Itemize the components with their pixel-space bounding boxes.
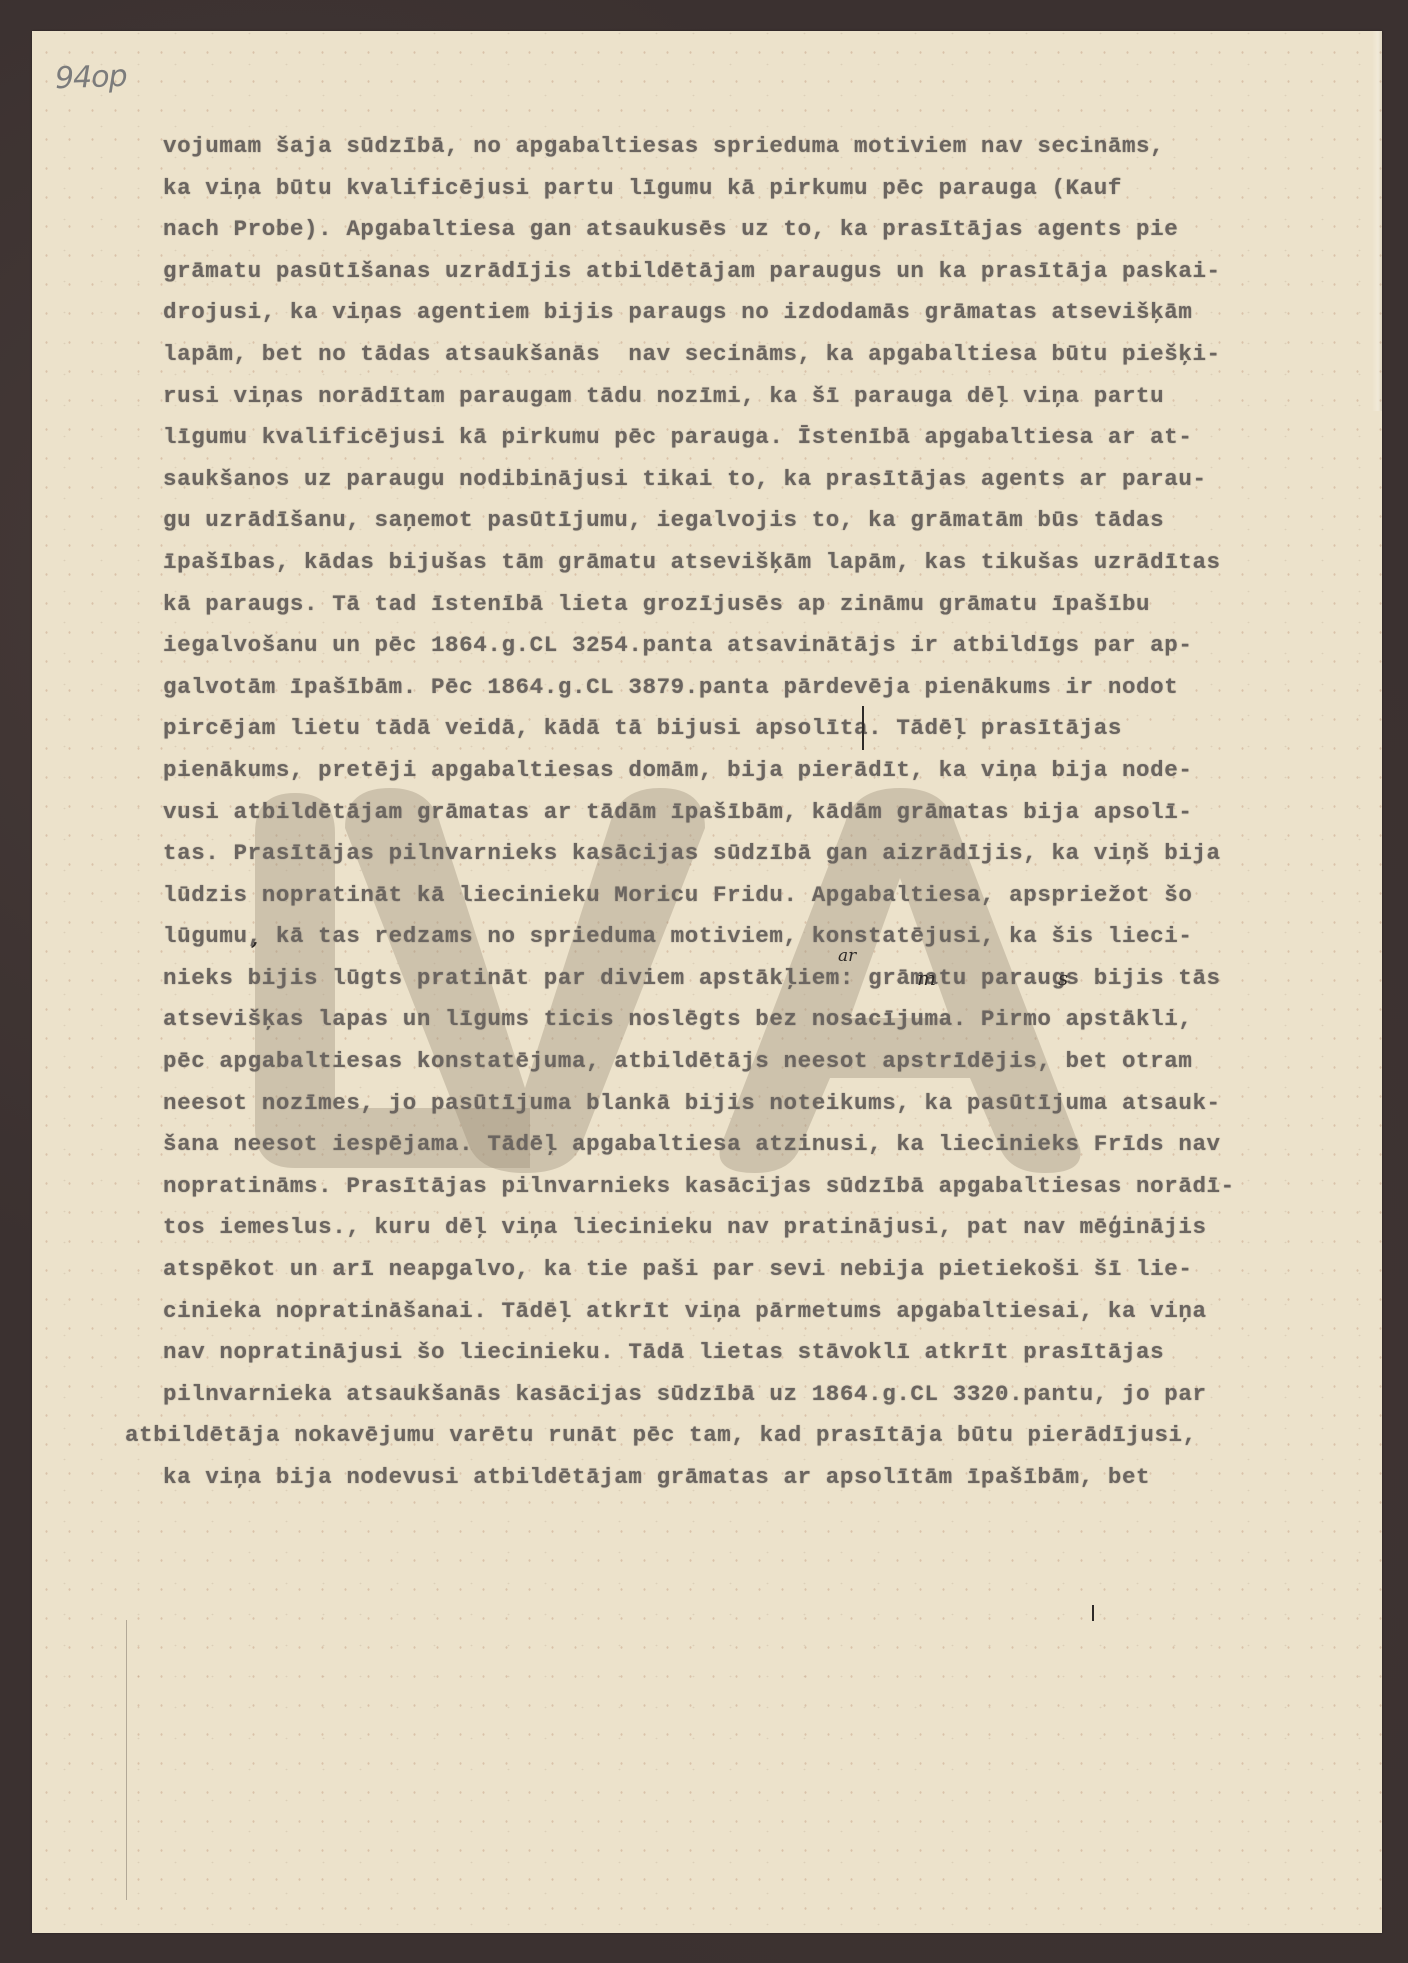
text-line: šana neesot iespējama. Tādēļ apgabalties… — [163, 1124, 1313, 1166]
text-line: nopratināms. Prasītājas pilnvarnieks kas… — [163, 1166, 1313, 1208]
handwritten-correction-stroke — [1092, 1605, 1094, 1621]
text-line: nach Probe). Apgabaltiesa gan atsaukusēs… — [163, 209, 1313, 251]
text-line: grāmatu pasūtīšanas uzrādījis atbildētāj… — [163, 251, 1313, 293]
text-line: īpašības, kādas bijušas tām grāmatu atse… — [163, 542, 1313, 584]
text-line: gu uzrādīšanu, saņemot pasūtījumu, iegal… — [163, 500, 1313, 542]
folio-number: 94op — [54, 59, 127, 96]
text-line: iegalvošanu un pēc 1864.g.CL 3254.panta … — [163, 625, 1313, 667]
text-line: galvotām īpašībām. Pēc 1864.g.CL 3879.pa… — [163, 667, 1313, 709]
handwritten-correction: s — [1058, 966, 1068, 990]
text-line: nieks bijis lūgts pratināt par diviem ap… — [163, 958, 1313, 1000]
handwritten-insertion: ar — [838, 946, 856, 966]
handwritten-correction-stroke — [862, 706, 864, 750]
text-line: atsevišķas lapas un līgums ticis noslēgt… — [163, 999, 1313, 1041]
text-line: neesot nozīmes, jo pasūtījuma blankā bij… — [163, 1083, 1313, 1125]
text-line: lūdzis nopratināt kā liecinieku Moricu F… — [163, 875, 1313, 917]
text-line: ka viņa būtu kvalificējusi partu līgumu … — [163, 168, 1313, 210]
text-line: atbildētāja nokavējumu varētu runāt pēc … — [125, 1415, 1313, 1457]
text-line: cinieka nopratināšanai. Tādēļ atkrīt viņ… — [163, 1291, 1313, 1333]
typewritten-text-body: vojumam šaja sūdzībā, no apgabaltiesas s… — [163, 126, 1313, 1499]
text-line: tas. Prasītājas pilnvarnieks kasācijas s… — [163, 833, 1313, 875]
text-line: pilnvarnieka atsaukšanās kasācijas sūdzī… — [163, 1374, 1313, 1416]
text-line: vusi atbildētājam grāmatas ar tādām īpaš… — [163, 792, 1313, 834]
paper-edge-crease — [1372, 31, 1382, 411]
text-line: pēc apgabaltiesas konstatējuma, atbildēt… — [163, 1041, 1313, 1083]
text-line: lūgumu, kā tas redzams no sprieduma moti… — [163, 916, 1313, 958]
text-line: nav nopratinājusi šo liecinieku. Tādā li… — [163, 1332, 1313, 1374]
text-line: tos iemeslus., kuru dēļ viņa liecinieku … — [163, 1207, 1313, 1249]
handwritten-correction: m — [917, 966, 936, 990]
text-line: kā paraugs. Tā tad īstenībā lieta grozīj… — [163, 584, 1313, 626]
text-line: saukšanos uz paraugu nodibinājusi tikai … — [163, 459, 1313, 501]
text-line: atspēkot un arī neapgalvo, ka tie paši p… — [163, 1249, 1313, 1291]
text-line: pienākums, pretēji apgabaltiesas domām, … — [163, 750, 1313, 792]
text-line: lapām, bet no tādas atsaukšanās nav seci… — [163, 334, 1313, 376]
text-line: drojusi, ka viņas agentiem bijis paraugs… — [163, 292, 1313, 334]
text-line: rusi viņas norādītam paraugam tādu nozīm… — [163, 376, 1313, 418]
text-line: pircējam lietu tādā veidā, kādā tā bijus… — [163, 708, 1313, 750]
text-line: līgumu kvalificējusi kā pirkumu pēc para… — [163, 417, 1313, 459]
text-line: vojumam šaja sūdzībā, no apgabaltiesas s… — [163, 126, 1313, 168]
text-line: ka viņa bija nodevusi atbildētājam grāma… — [163, 1457, 1313, 1499]
pencil-margin-line — [126, 1620, 127, 1900]
